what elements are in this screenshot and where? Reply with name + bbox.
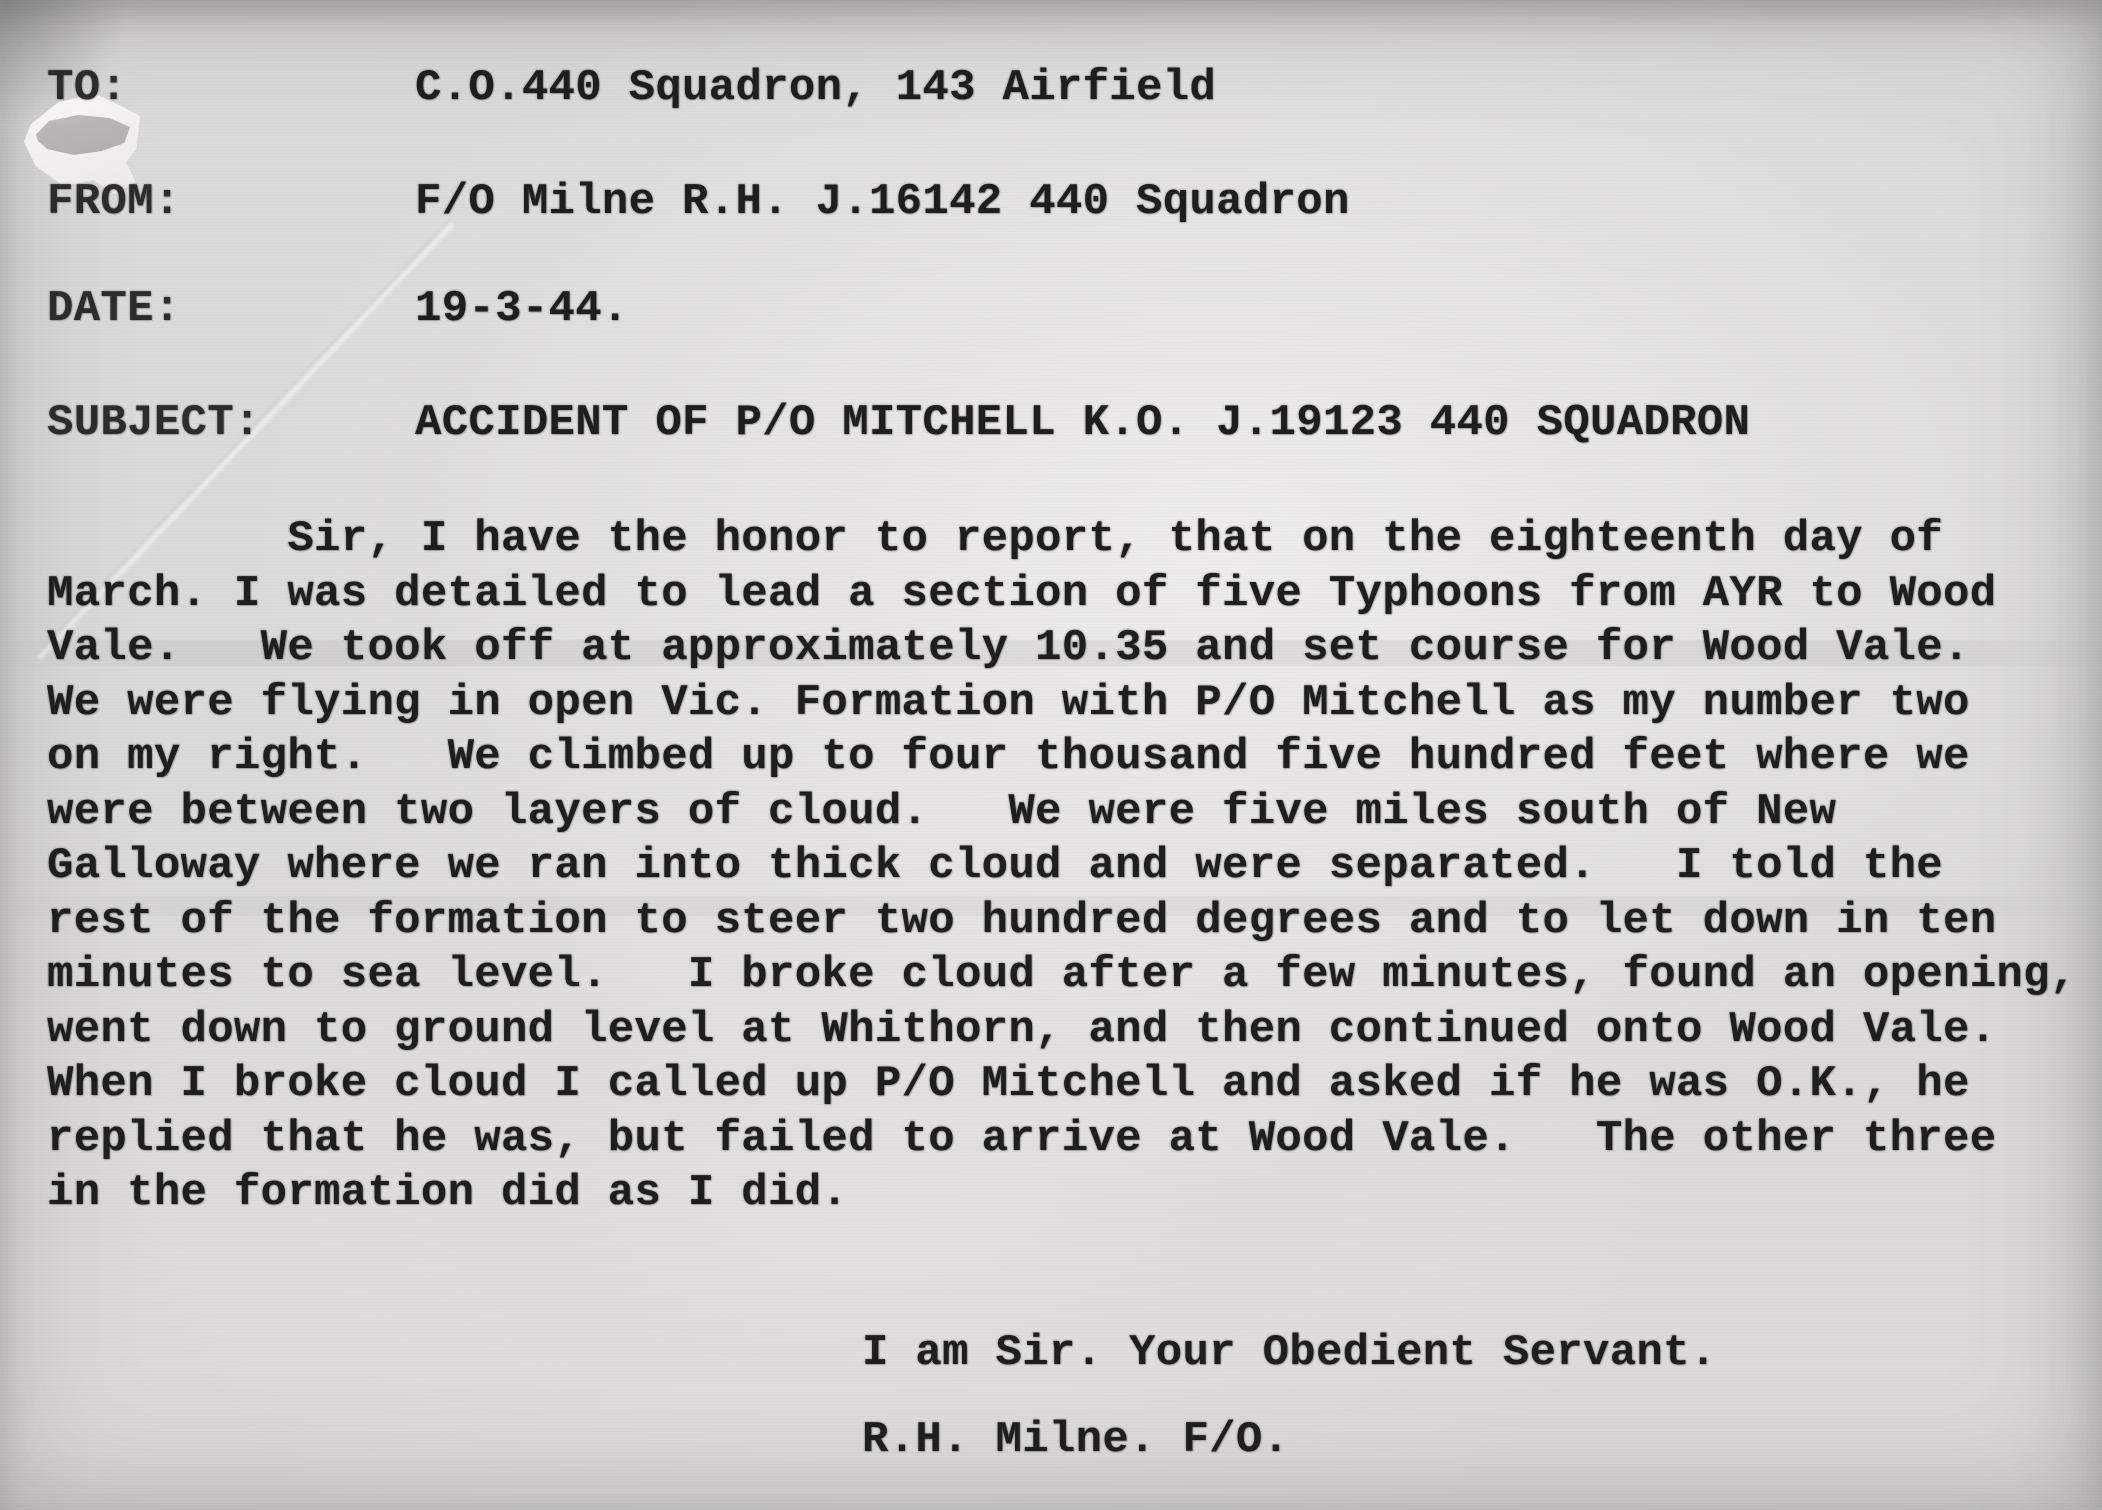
memo-body-paragraph: Sir, I have the honor to report, that on… (47, 512, 2077, 1221)
field-subject-label: SUBJECT: (47, 396, 415, 450)
field-from: FROM: F/O Milne R.H. J.16142 440 Squadro… (47, 175, 1350, 229)
field-date-label: DATE: (47, 282, 415, 336)
field-from-value: F/O Milne R.H. J.16142 440 Squadron (415, 175, 1350, 229)
field-subject: SUBJECT: ACCIDENT OF P/O MITCHELL K.O. J… (47, 396, 1750, 450)
memo-signature-line: R.H. Milne. F/O. (862, 1413, 1289, 1467)
field-date-value: 19-3-44. (415, 282, 629, 336)
memo-closing-line: I am Sir. Your Obedient Servant. (862, 1326, 1717, 1380)
field-from-label: FROM: (47, 175, 415, 229)
field-to-value: C.O.440 Squadron, 143 Airfield (415, 61, 1216, 115)
field-to: TO: C.O.440 Squadron, 143 Airfield (47, 61, 1216, 115)
field-subject-value: ACCIDENT OF P/O MITCHELL K.O. J.19123 44… (415, 396, 1750, 450)
field-date: DATE: 19-3-44. (47, 282, 629, 336)
field-to-label: TO: (47, 61, 415, 115)
typewritten-memo-photo: TO: C.O.440 Squadron, 143 Airfield FROM:… (0, 0, 2102, 1510)
